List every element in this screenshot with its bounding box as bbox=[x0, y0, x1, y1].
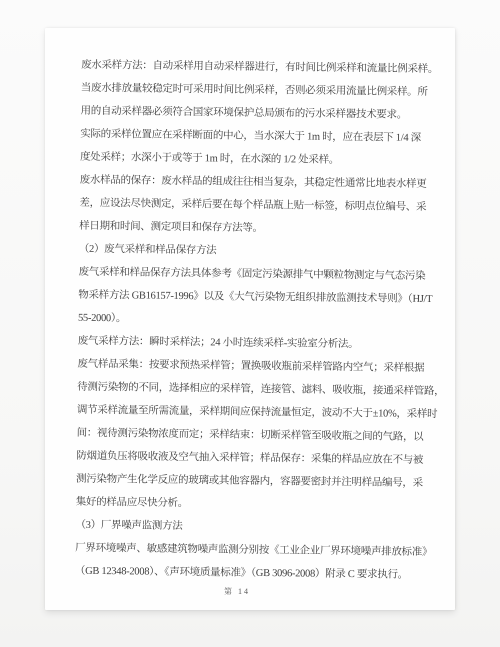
text-line: （GB 12348-2008）、《声环境质量标准》（GB 3096-2008）附… bbox=[75, 560, 447, 588]
text-line: 物采样方法 GB16157-1996》以及《大气污染物无组织排放监测技术导则》（… bbox=[78, 284, 450, 312]
document-page: 废水采样方法：自动采样用自动采样器进行，有时间比例采样和流量比例采样。当废水排放… bbox=[45, 28, 455, 610]
document-text-block: 废水采样方法：自动采样用自动采样器进行，有时间比例采样和流量比例采样。当废水排放… bbox=[75, 54, 453, 588]
scan-background: 废水采样方法：自动采样用自动采样器进行，有时间比例采样和流量比例采样。当废水排放… bbox=[0, 0, 500, 647]
page-number: 第 14 bbox=[45, 586, 429, 597]
